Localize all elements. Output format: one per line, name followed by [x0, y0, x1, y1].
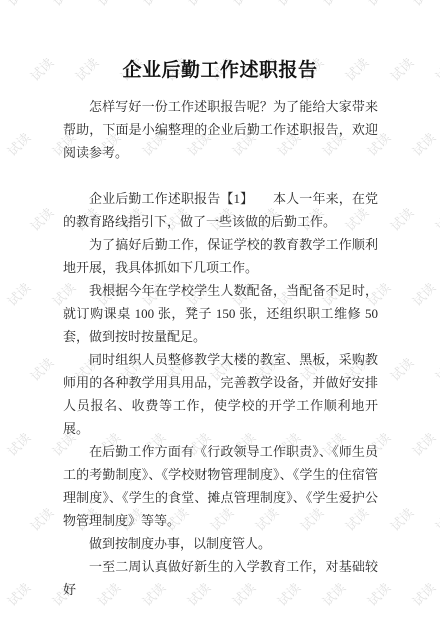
paragraph: 为了搞好后勤工作，保证学校的教育教学工作顺利地开展，我具体抓如下几项工作。 — [63, 233, 378, 279]
watermark-text: 试读 — [388, 506, 416, 534]
watermark-text: 试读 — [28, 206, 56, 234]
paragraph: 同时组织人员整修教学大楼的教室、黑板，采购教师用的各种教学用具用品，完善教学设备… — [63, 348, 378, 440]
paragraph: 做到按制度办事，以制度管人。 — [63, 532, 378, 555]
watermark-text: 试读 — [410, 581, 438, 609]
watermark-text: 试读 — [410, 0, 438, 8]
watermark-text: 试读 — [388, 206, 416, 234]
watermark-text: 试读 — [5, 431, 33, 459]
watermark-text: 试读 — [410, 281, 438, 309]
paragraph: 我根据今年在学校学生人数配备，当配备不足时，就订购课桌 100 张，凳子 150… — [63, 279, 378, 348]
watermark-text: 试读 — [28, 356, 56, 384]
watermark-text: 试读 — [5, 131, 33, 159]
watermark-text: 试读 — [388, 356, 416, 384]
watermark-text: 试读 — [410, 431, 438, 459]
watermark-text: 试读 — [275, 0, 303, 8]
watermark-text: 试读 — [5, 281, 33, 309]
watermark-text: 试读 — [410, 131, 438, 159]
document-title: 企业后勤工作述职报告 — [0, 57, 440, 85]
watermark-text: 试读 — [5, 0, 33, 8]
watermark-text: 试读 — [5, 581, 33, 609]
watermark-text: 试读 — [365, 0, 393, 8]
paragraph: 一至二周认真做好新生的入学教育工作，对基础较好 — [63, 555, 378, 601]
document-page: 试读试读试读试读试读试读试读试读试读试读试读试读试读试读试读试读试读试读试读试读… — [0, 0, 440, 620]
watermark-text: 试读 — [320, 0, 348, 8]
watermark-text: 试读 — [433, 206, 440, 234]
watermark-text: 试读 — [50, 0, 78, 8]
watermark-text: 试读 — [230, 0, 258, 8]
watermark-text: 试读 — [433, 506, 440, 534]
paragraph: 在后勤工作方面有《行政领导工作职责》、《师生员工的考勤制度》、《学校财物管理制度… — [63, 440, 378, 532]
watermark-text: 试读 — [28, 506, 56, 534]
paragraph: 怎样写好一份工作述职报告呢？为了能给大家带来帮助，下面是小编整理的企业后勤工作述… — [63, 95, 378, 164]
paragraph: 企业后勤工作述职报告【1】 本人一年来，在党的教育路线指引下，做了一些该做的后勤… — [63, 187, 378, 233]
watermark-text: 试读 — [433, 356, 440, 384]
watermark-text: 试读 — [95, 0, 123, 8]
watermark-text: 试读 — [185, 0, 213, 8]
document-body: 怎样写好一份工作述职报告呢？为了能给大家带来帮助，下面是小编整理的企业后勤工作述… — [63, 95, 378, 601]
watermark-text: 试读 — [140, 0, 168, 8]
